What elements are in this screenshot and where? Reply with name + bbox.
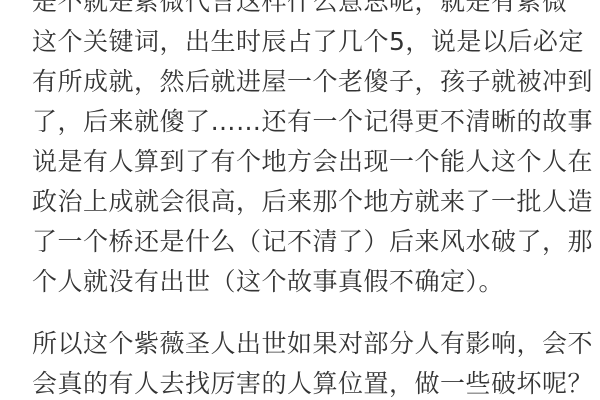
text-line: 会真的有人去找厉害的人算位置，做一些破坏呢？ — [32, 364, 592, 400]
text-line: 说是有人算到了有个地方会出现一个能人这个人在 — [32, 142, 592, 182]
text-line: 了一个桥还是什么（记不清了）后来风水破了，那 — [32, 222, 592, 262]
text-line: 政治上成就会很高，后来那个地方就来了一批人造 — [32, 182, 592, 222]
paragraph-story: 是不就是紫微代言这样什么意思呢，就是有紫微 这个关键词，出生时辰占了几个5，说是… — [32, 0, 592, 302]
document-body: 是不就是紫微代言这样什么意思呢，就是有紫微 这个关键词，出生时辰占了几个5，说是… — [32, 0, 592, 400]
text-line: 了，后来就傻了……还有一个记得更不清晰的故事 — [32, 102, 592, 142]
text-line: 个人就没有出世（这个故事真假不确定）。 — [32, 262, 592, 302]
paragraph-question: 所以这个紫薇圣人出世如果对部分人有影响，会不 会真的有人去找厉害的人算位置，做一… — [32, 324, 592, 400]
text-line: 这个关键词，出生时辰占了几个5，说是以后必定 — [32, 22, 592, 62]
text-line: 所以这个紫薇圣人出世如果对部分人有影响，会不 — [32, 324, 592, 364]
text-line: 是不就是紫微代言这样什么意思呢，就是有紫微 — [32, 0, 592, 22]
paragraph-spacer — [32, 302, 592, 324]
text-line: 有所成就，然后就进屋一个老傻子，孩子就被冲到 — [32, 62, 592, 102]
